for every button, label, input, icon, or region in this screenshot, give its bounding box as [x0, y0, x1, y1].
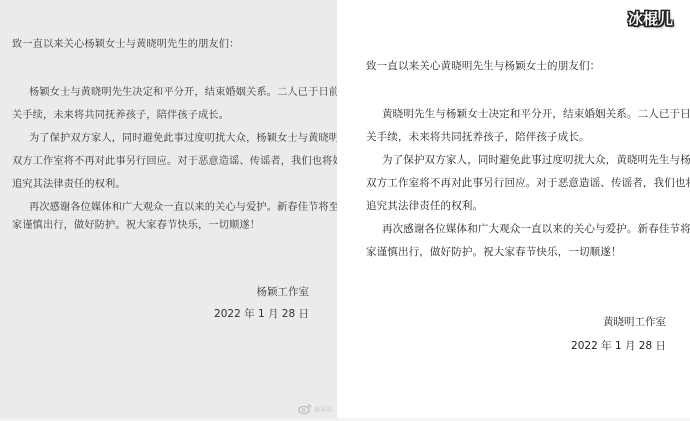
paragraph-3-line-1: 再次感谢各位媒体和广大观众一直以来的关心与爱护。新春佳节将至，请大: [29, 202, 370, 214]
weibo-handle: @某某: [314, 404, 332, 413]
weibo-watermark: @某某: [298, 403, 332, 414]
paragraph-2-line-2: 双方工作室将不再对此事另行回应。对于恶意造谣、传谣者，我们也将始终保留: [366, 177, 690, 189]
paragraph-1-line-1: 杨颖女士与黄晓明先生决定和平分开，结束婚姻关系。二人已于日前办妥相: [29, 87, 370, 99]
paragraph-2-line-3: 追究其法律责任的权利。: [12, 179, 126, 191]
paragraph-1-line-1: 黄晓明先生与杨颖女士决定和平分开，结束婚姻关系。二人已于日前办妥相: [382, 108, 690, 120]
greeting: 致一直以来关心杨颖女士与黄晓明先生的朋友们：: [12, 39, 239, 51]
paragraph-2-line-2: 双方工作室将不再对此事另行回应。对于恶意造谣、传谣者，我们也将始终保留: [12, 156, 374, 168]
top-right-watermark: 冰棍儿: [628, 8, 673, 29]
weibo-logo-icon: [298, 403, 312, 414]
date: 2022 年 1 月 28 日: [571, 340, 666, 352]
paragraph-2-line-3: 追究其法律责任的权利。: [366, 200, 483, 212]
paragraph-3-line-1: 再次感谢各位媒体和广大观众一直以来的关心与爱护。新春佳节将至，请大: [382, 223, 690, 235]
date: 2022 年 1 月 28 日: [214, 308, 309, 320]
right-statement-panel: 致一直以来关心黄晓明先生与杨颖女士的朋友们： 黄晓明先生与杨颖女士决定和平分开，…: [337, 0, 690, 418]
greeting: 致一直以来关心黄晓明先生与杨颖女士的朋友们：: [366, 60, 600, 72]
paragraph-2-line-1: 为了保护双方家人，同时避免此事过度叨扰大众，杨颖女士与黄晓明先生及: [29, 133, 370, 145]
paragraph-2-line-1: 为了保护双方家人，同时避免此事过度叨扰大众，黄晓明先生与杨颖女士及: [382, 154, 690, 166]
signature: 黄晓明工作室: [603, 316, 666, 328]
paragraph-1-line-2: 关手续，未来将共同抚养孩子，陪伴孩子成长。: [12, 110, 229, 122]
paragraph-3-line-2: 家谨慎出行，做好防护。祝大家春节快乐，一切顺遂！: [366, 246, 622, 258]
left-statement-panel: 致一直以来关心杨颖女士与黄晓明先生的朋友们： 杨颖女士与黄晓明先生决定和平分开，…: [0, 0, 337, 418]
signature: 杨颖工作室: [257, 286, 310, 298]
paragraph-1-line-2: 关手续，未来将共同抚养孩子，陪伴孩子成长。: [366, 131, 590, 143]
paragraph-3-line-2: 家谨慎出行，做好防护。祝大家春节快乐，一切顺遂！: [12, 220, 260, 232]
